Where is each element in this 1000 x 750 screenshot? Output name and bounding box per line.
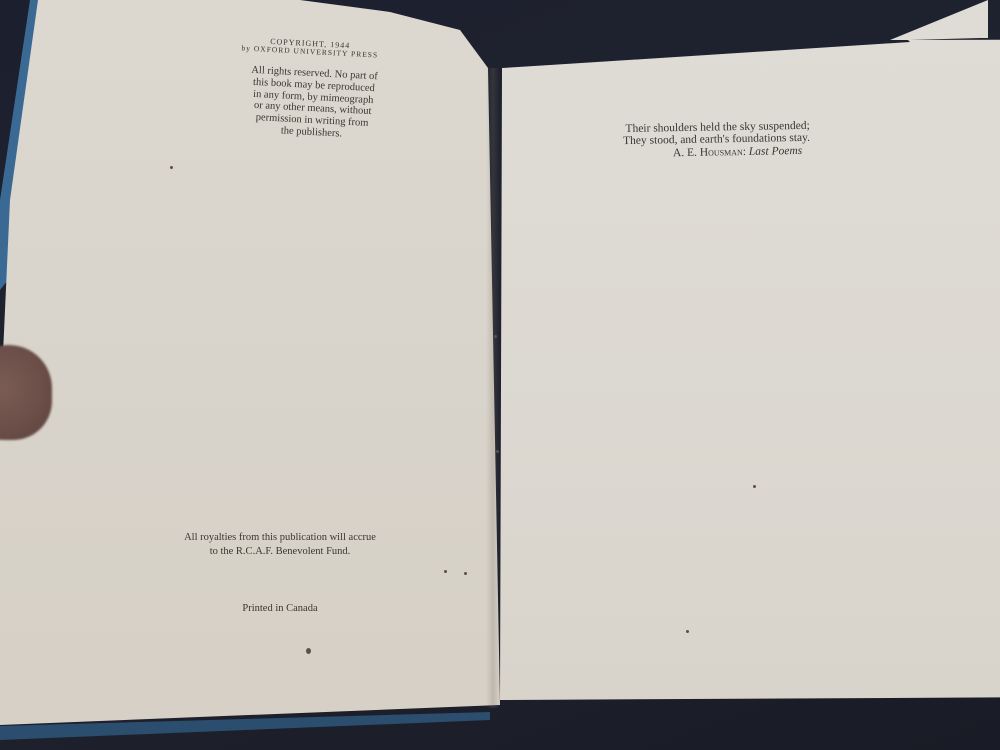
epigraph: Their shoulders held the sky suspended; … [560,120,811,162]
paper-speck [170,166,173,169]
royalties-notice: All royalties from this publication will… [150,531,410,559]
paper-speck [753,485,756,488]
attribution-author: A. E. Housman: [673,146,746,159]
attribution-work: Last Poems [749,145,803,158]
royalties-line: to the R.C.A.F. Benevolent Fund. [150,545,410,559]
paper-speck [686,630,689,633]
paper-speck [494,335,497,338]
printed-in-notice: Printed in Canada [200,603,360,614]
paper-speck [464,572,467,575]
rights-reserved-notice: All rights reserved. No part of this boo… [236,64,389,142]
royalties-line: All royalties from this publication will… [150,531,410,545]
right-page [490,0,1000,720]
book-gutter [486,68,500,708]
paper-speck [496,450,499,453]
paper-speck [306,648,311,654]
paper-speck [444,570,447,573]
